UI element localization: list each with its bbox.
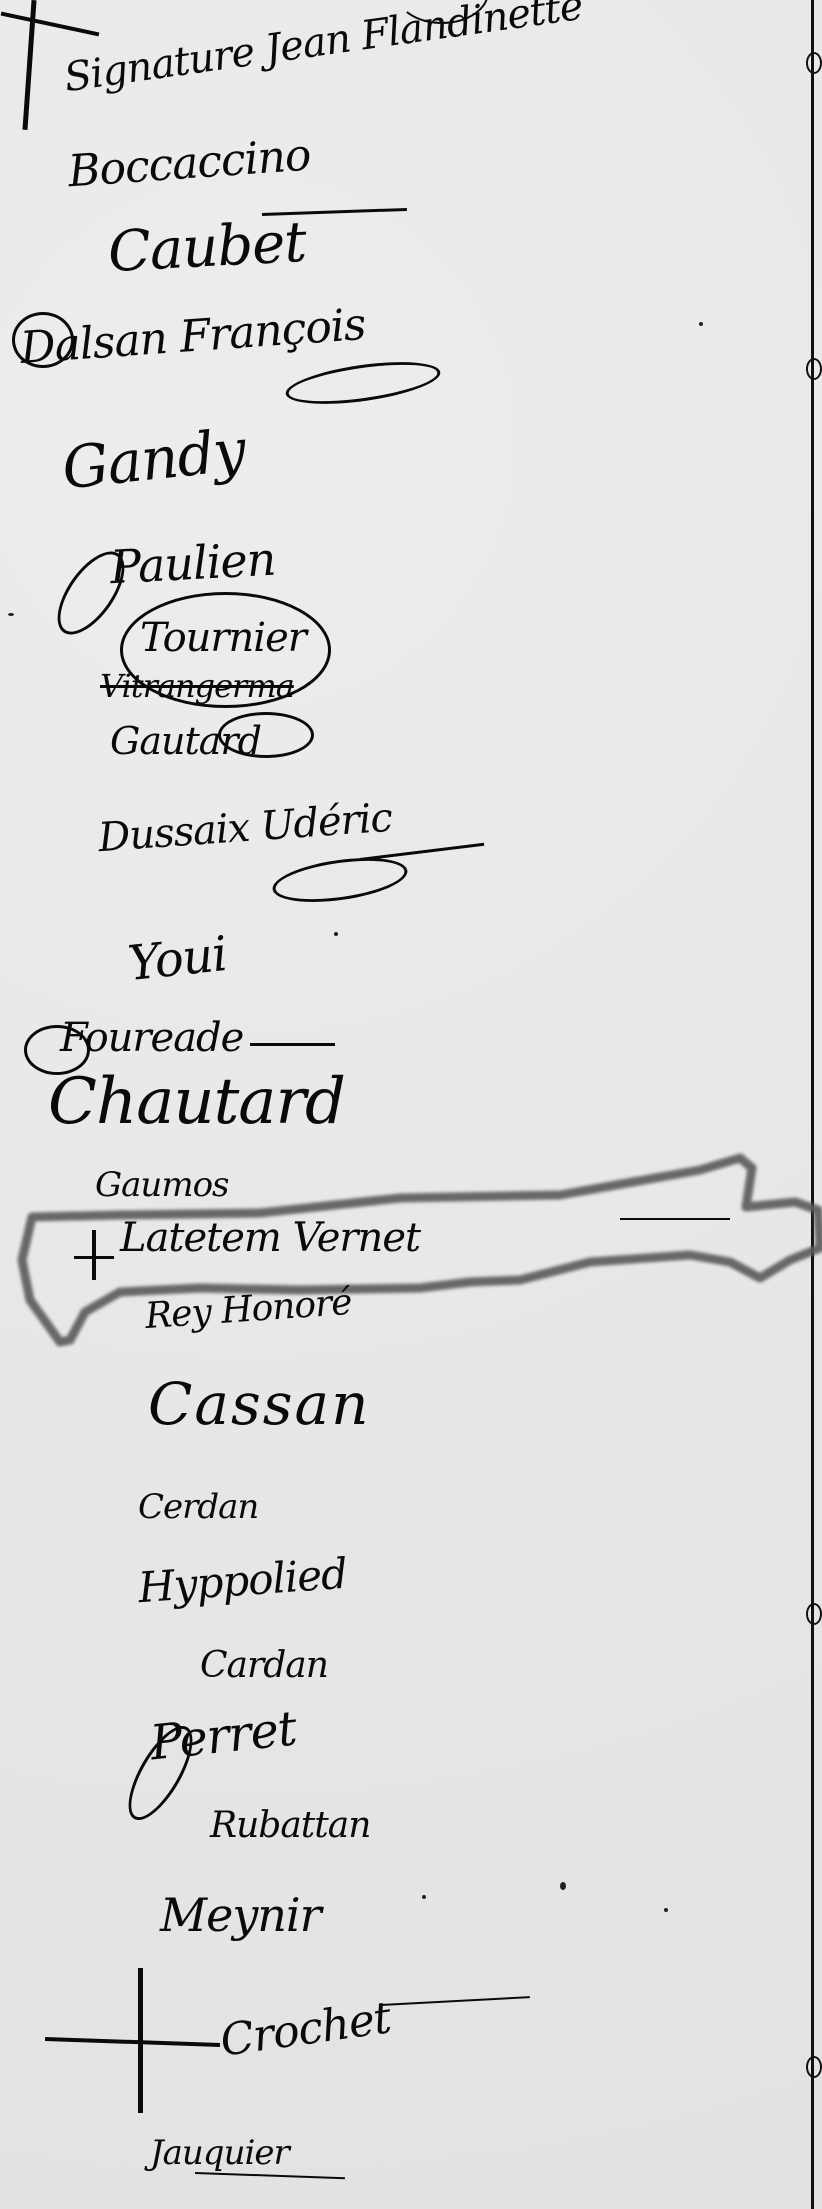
underline-flourish [380,1996,530,2006]
signature-line: Vitrangerma [100,670,294,702]
signature-line: Rey Honoré [144,1285,353,1335]
margin-rule-knot [806,358,822,380]
underline-flourish [195,2172,345,2179]
signature-line: Youi [126,930,229,988]
underline-flourish [250,1043,335,1046]
signature-line: Boccaccino [67,134,312,195]
signature-line: Signature Jean Flandinette [62,0,585,98]
signature-line: Gaumos [95,1168,229,1202]
signature-line: Dussaix Udéric [97,798,393,858]
scan-speck [8,613,14,616]
signature-line: Chautard [48,1070,345,1134]
underline-flourish [360,843,484,861]
underline-flourish [262,208,407,216]
cross-mark-icon [74,1256,114,1259]
signature-line: Rubattan [210,1808,370,1844]
margin-rule-knot [806,2056,822,2078]
cross-mark-icon [92,1230,96,1280]
scan-speck [664,1908,668,1912]
margin-rule-knot [806,52,822,74]
cross-mark-icon [45,2037,220,2047]
signature-line: Gautard [110,722,261,760]
signature-line: Cassan [148,1375,370,1433]
scan-speck [422,1895,426,1899]
margin-rule-knot [806,1603,822,1625]
signature-line-highlighted: Latetem Vernet [120,1218,420,1258]
scan-speck [334,932,338,936]
signature-line: Hyppolied [137,1553,348,1609]
signature-line: Meynir [160,1892,321,1938]
signature-line: Cerdan [138,1490,258,1524]
document-page: Signature Jean Flandinette Boccaccino Ca… [0,0,822,2209]
flourish [270,851,410,910]
flourish [283,354,442,411]
flourish [12,312,74,368]
signature-line: Jauquier [150,2136,289,2170]
underline-flourish [620,1218,730,1220]
scan-speck [560,1882,566,1890]
signature-line: Gandy [59,421,247,498]
signature-line: Caubet [107,215,307,281]
signature-line: Tournier [140,618,306,658]
signature-line: Paulien [109,536,276,591]
scan-speck [699,322,703,326]
cross-mark-icon [1,12,100,37]
signature-line: Crochet [218,1996,393,2063]
margin-rule [811,0,814,2209]
signature-line: Cardan [200,1648,328,1684]
